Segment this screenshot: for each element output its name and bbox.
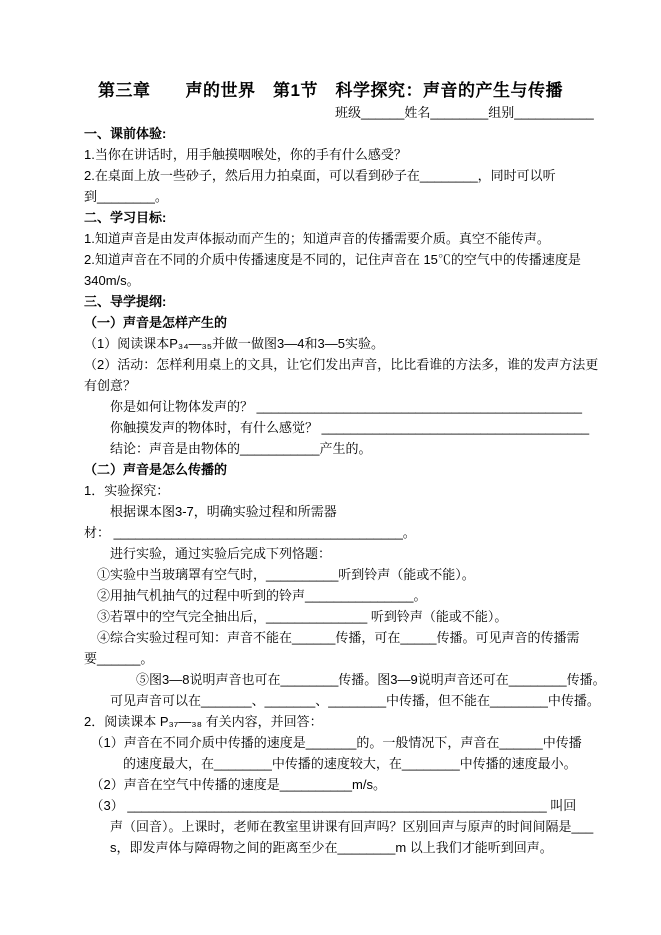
section-heading-pre-class: 一、课前体验: (84, 123, 661, 144)
doc-line-fill-blank: 的速度最大，在________中传播的速度较大，在________中传播的速度最… (84, 753, 661, 774)
worksheet-page: 第三章 声的世界 第1节 科学探究：声音的产生与传播 班级______姓名___… (0, 0, 661, 935)
doc-line: 2.在桌面上放一些砂子，然后用力拍桌面，可以看到砂子在________，同时可以… (84, 165, 661, 186)
page-title: 第三章 声的世界 第1节 科学探究：声音的产生与传播 (84, 80, 577, 102)
student-info-line: 班级______姓名________组别___________ (335, 102, 661, 123)
doc-line: 根据课本图3-7，明确实验过程和所需器 (84, 501, 661, 522)
doc-line-fill-blank: 可见声音可以在_______、_______、________中传播，但不能在_… (84, 690, 661, 711)
doc-line-fill-blank: （2）声音在空气中传播的速度是__________m/s。 (84, 774, 661, 795)
doc-line-fill-blank: ⑤图3—8说明声音也可在________传播。图3—9说明声音还可在______… (84, 669, 661, 690)
doc-line-fill-blank: 你是如何让物体发声的？ ____________________________… (84, 396, 661, 417)
doc-line-fill-blank: 结论：声音是由物体的___________产生的。 (84, 438, 661, 459)
doc-line-fill-blank: ②用抽气机抽气的过程中听到的铃声_______________。 (84, 585, 661, 606)
doc-line: 到________。 (84, 186, 661, 207)
doc-line-fill-blank: ③若罩中的空气完全抽出后，______________ 听到铃声（能或不能）。 (84, 606, 661, 627)
section-heading-goals: 二、学习目标: (84, 207, 661, 228)
doc-line-fill-blank: ①实验中当玻璃罩有空气时，__________听到铃声（能或不能）。 (84, 564, 661, 585)
doc-line-fill-blank: 材： _____________________________________… (84, 522, 661, 543)
doc-line-fill-blank: 声（回音）。上课时，老师在教室里讲课有回声吗？区别回声与原声的时间间隔是___ (84, 816, 661, 837)
doc-line: 2．阅读课本 P₃₇—₃₈ 有关内容，并回答： (84, 711, 661, 732)
doc-line-fill-blank: 要______。 (84, 648, 661, 669)
subsection-heading-sound-propagation: （二）声音是怎么传播的 (84, 459, 661, 480)
doc-line: 2.知道声音在不同的介质中传播速度是不同的，记住声音在 15℃的空气中的传播速度… (84, 249, 661, 270)
doc-line: 1.当你在讲话时，用手触摸咽喉处，你的手有什么感受？ (84, 144, 661, 165)
doc-line: 1.知道声音是由发声体振动而产生的；知道声音的传播需要介质。真空不能传声。 (84, 228, 661, 249)
doc-line-fill-blank: （1）声音在不同介质中传播的速度是_______的。一般情况下，声音在_____… (84, 732, 661, 753)
doc-line-fill-blank: （3） ____________________________________… (84, 795, 661, 816)
doc-line: 进行实验，通过实验后完成下列恪题： (84, 543, 661, 564)
doc-line-fill-blank: s，即发声体与障碍物之间的距离至少在________m 以上我们才能听到回声。 (84, 837, 661, 858)
doc-line: 1．实验探究： (84, 480, 661, 501)
doc-line: 340m/s。 (84, 270, 661, 291)
doc-line: （1）阅读课本P₃₄—₃₅并做一做图3—4和3—5实验。 (84, 333, 661, 354)
section-heading-outline: 三、导学提纲: (84, 291, 661, 312)
doc-line: （2）活动：怎样利用桌上的文具，让它们发出声音，比比看谁的方法多，谁的发声方法更 (84, 354, 661, 375)
subsection-heading-sound-production: （一）声音是怎样产生的 (84, 312, 661, 333)
doc-line: 有创意？ (84, 375, 661, 396)
doc-line-fill-blank: ④综合实验过程可知：声音不能在______传播，可在_____传播。可见声音的传… (84, 627, 661, 648)
doc-line-fill-blank: 你触摸发声的物体时，有什么感觉？ _______________________… (84, 417, 661, 438)
